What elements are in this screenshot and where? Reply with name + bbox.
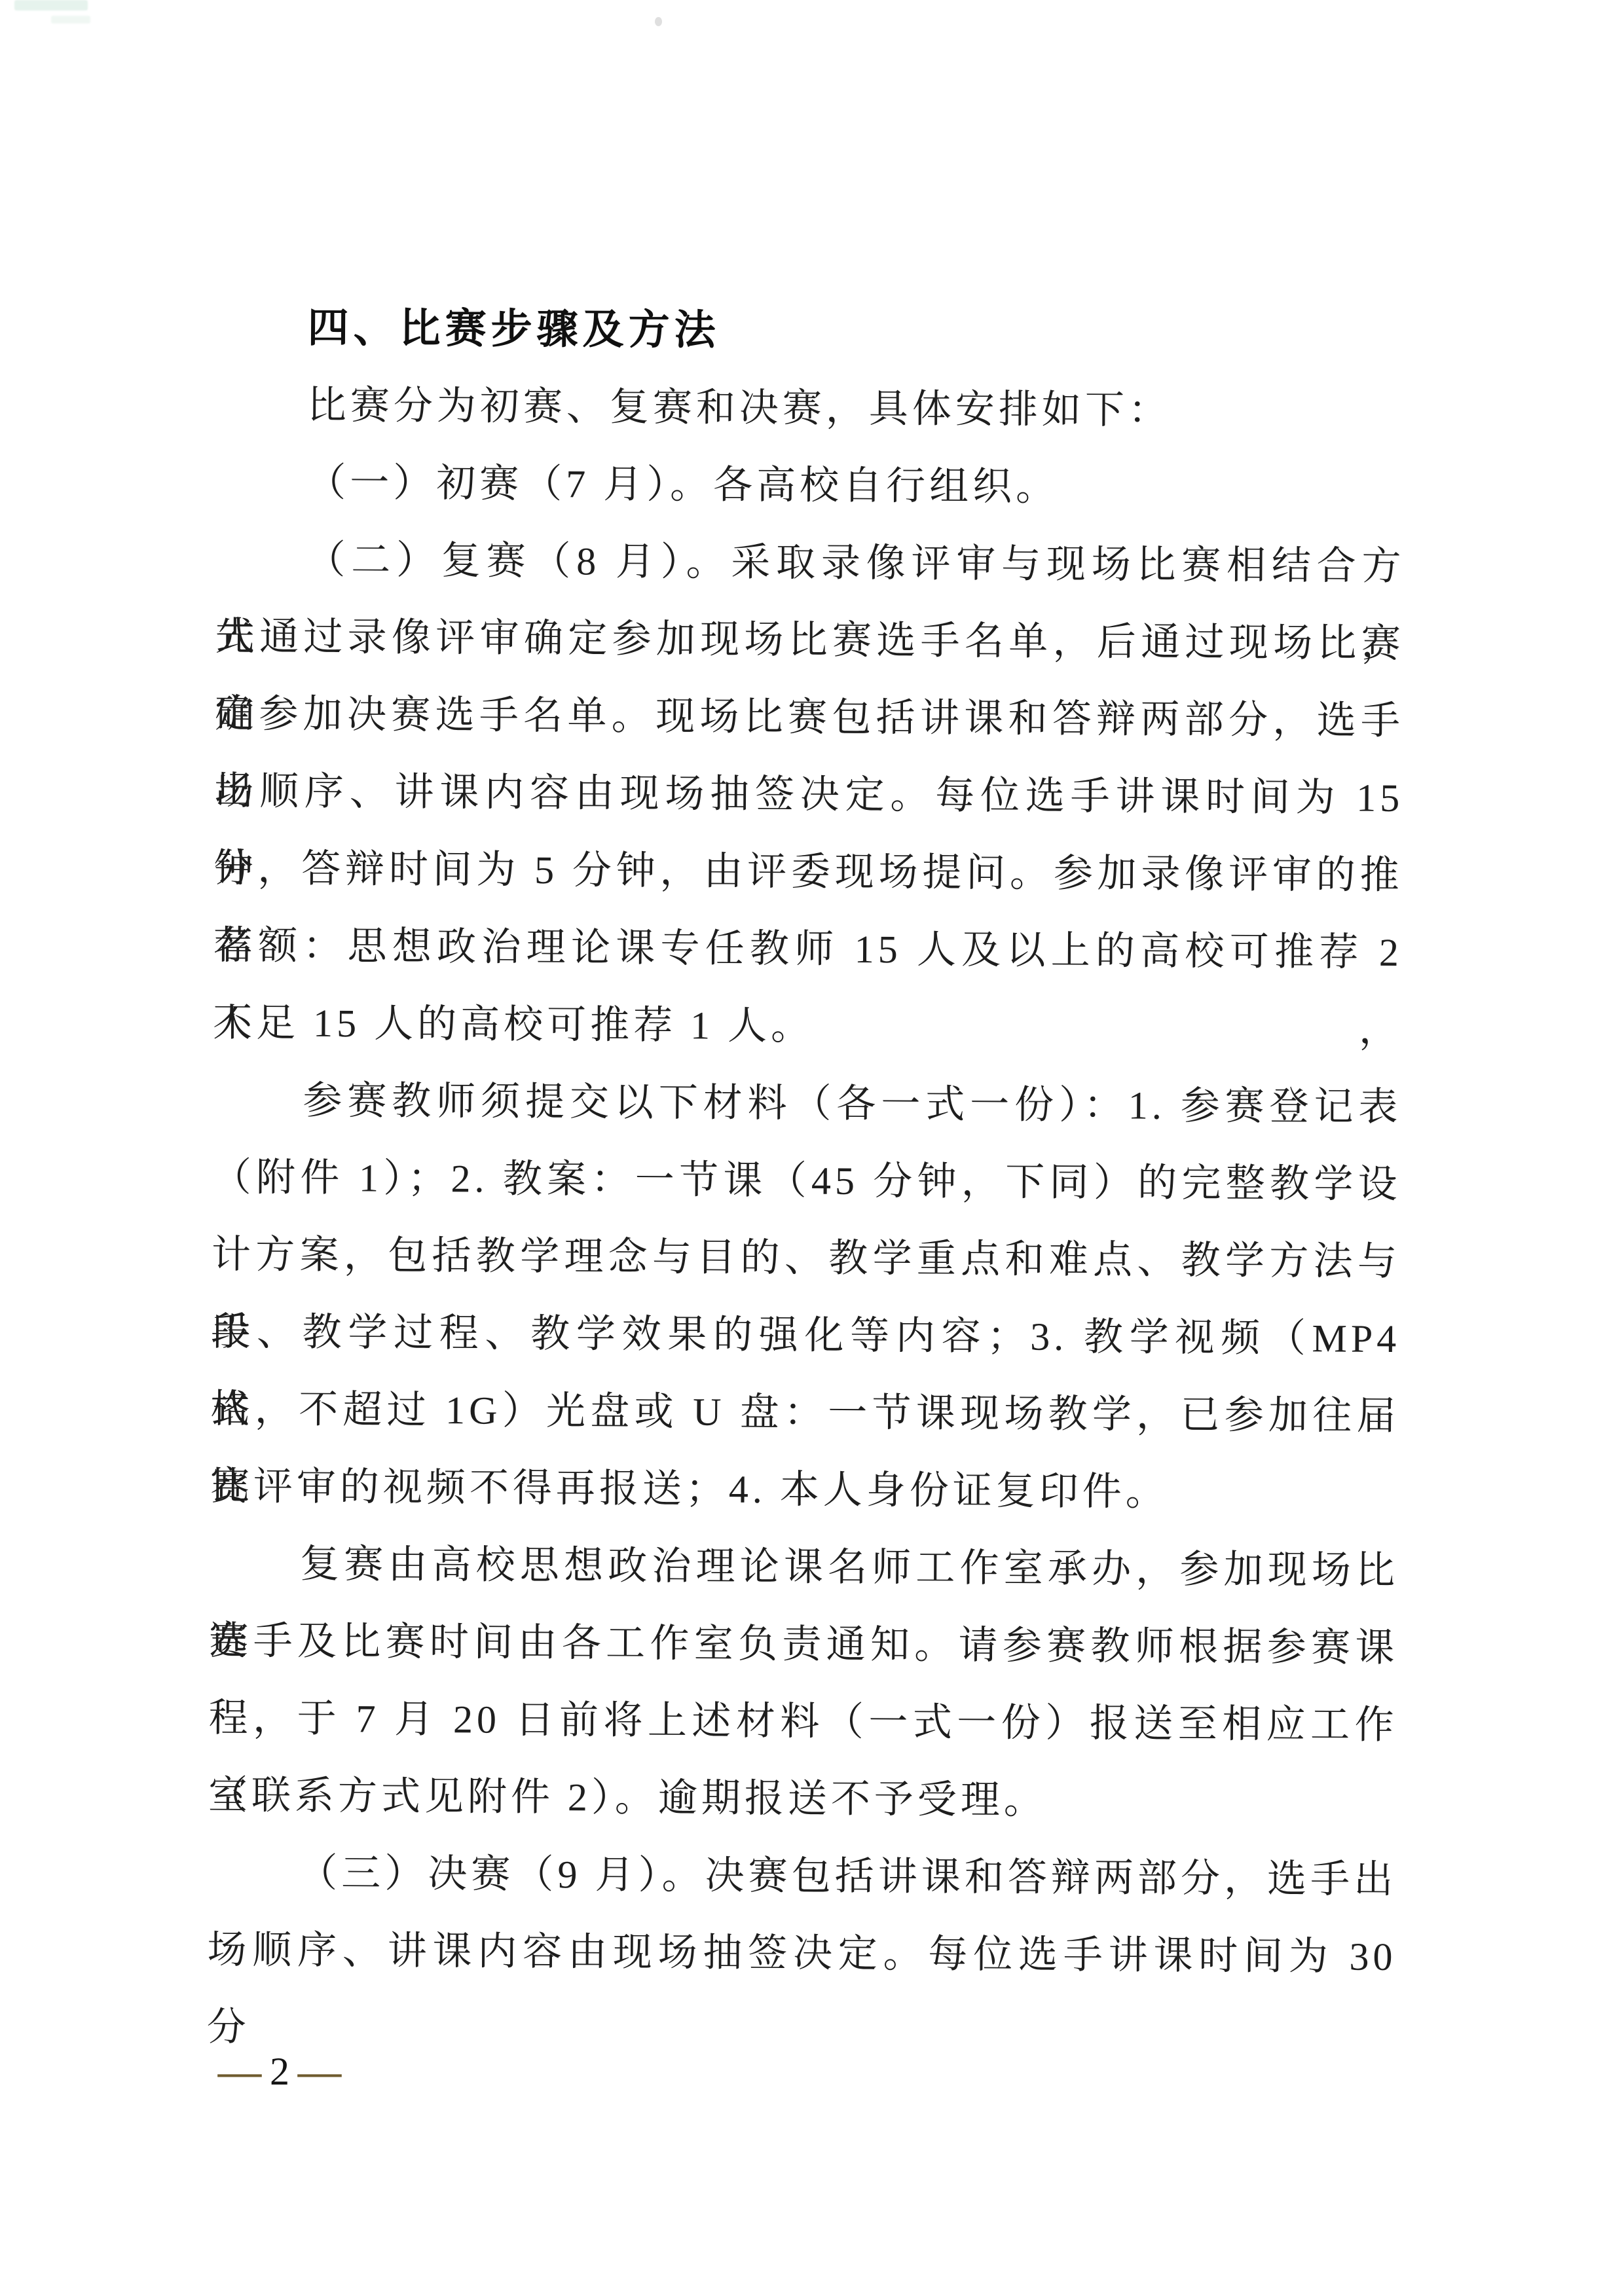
text-line: 复赛由高校思想政治理论课名师工作室承办，参加现场比赛: [210, 1525, 1399, 1609]
text-line: 赛评审的视频不得再报送；4. 本人身份证复印件。: [210, 1448, 1399, 1532]
text-line: 计方案，包括教学理念与目的、教学重点和难点、教学方法与手: [212, 1216, 1401, 1300]
section-heading: 四、比赛步骤及方法: [217, 289, 1407, 373]
text-line: （二）复赛（8 月）。采取录像评审与现场比赛相结合方式，: [215, 520, 1405, 605]
scan-artifact-top-left: [14, 0, 88, 10]
footer-page-number: 2: [270, 2049, 289, 2094]
text-line: （联系方式见附件 2）。逾期报送不予受理。: [208, 1757, 1398, 1841]
text-line: 先通过录像评审确定参加现场比赛选手名单，后通过现场比赛确: [215, 598, 1405, 682]
text-line: （附件 1）；2. 教案：一节课（45 分钟，下同）的完整教学设: [212, 1139, 1401, 1223]
text-line: 选手及比赛时间由各工作室负责通知。请参赛教师根据参赛课: [209, 1602, 1399, 1686]
scan-artifact-speck: [655, 17, 662, 26]
text-line: 段、教学过程、教学效果的强化等内容；3. 教学视频（MP4 格: [211, 1293, 1401, 1377]
document-text-block: 四、比赛步骤及方法 比赛分为初赛、复赛和决赛，具体安排如下： （一）初赛（7 月…: [207, 289, 1407, 1995]
text-line: 钟，答辩时间为 5 分钟，由评委现场提问。参加录像评审的推荐: [213, 829, 1403, 914]
text-line: 场顺序、讲课内容由现场抽签决定。每位选手讲课时间为 30 分: [207, 1911, 1397, 1995]
text-line: 比赛分为初赛、复赛和决赛，具体安排如下：: [217, 366, 1407, 450]
text-line: 参赛教师须提交以下材料（各一式一份）：1. 参赛登记表: [212, 1061, 1402, 1146]
text-line: 程，于 7 月 20 日前将上述材料（一式一份）报送至相应工作室: [208, 1679, 1398, 1764]
scan-artifact-top-left-2: [51, 16, 90, 24]
text-line: 名额：思想政治理论课专任教师 15 人及以上的高校可推荐 2 人，: [213, 907, 1403, 991]
footer-dash-left: —: [218, 2050, 262, 2094]
text-line: 定参加决赛选手名单。现场比赛包括讲课和答辩两部分，选手出: [215, 675, 1405, 759]
text-line: 式，不超过 1G）光盘或 U 盘：一节课现场教学，已参加往届比: [210, 1370, 1400, 1455]
text-line: （三）决赛（9 月）。决赛包括讲课和答辩两部分，选手出: [208, 1834, 1397, 1918]
page-number: — 2 —: [221, 2047, 339, 2096]
footer-dash-right: —: [298, 2050, 342, 2094]
scanned-document-page: { "document": { "heading": "四、比赛步骤及方法", …: [0, 0, 1624, 2296]
text-line: 场顺序、讲课内容由现场抽签决定。每位选手讲课时间为 15 分: [214, 752, 1404, 837]
text-line: （一）初赛（7 月）。各高校自行组织。: [216, 443, 1406, 528]
